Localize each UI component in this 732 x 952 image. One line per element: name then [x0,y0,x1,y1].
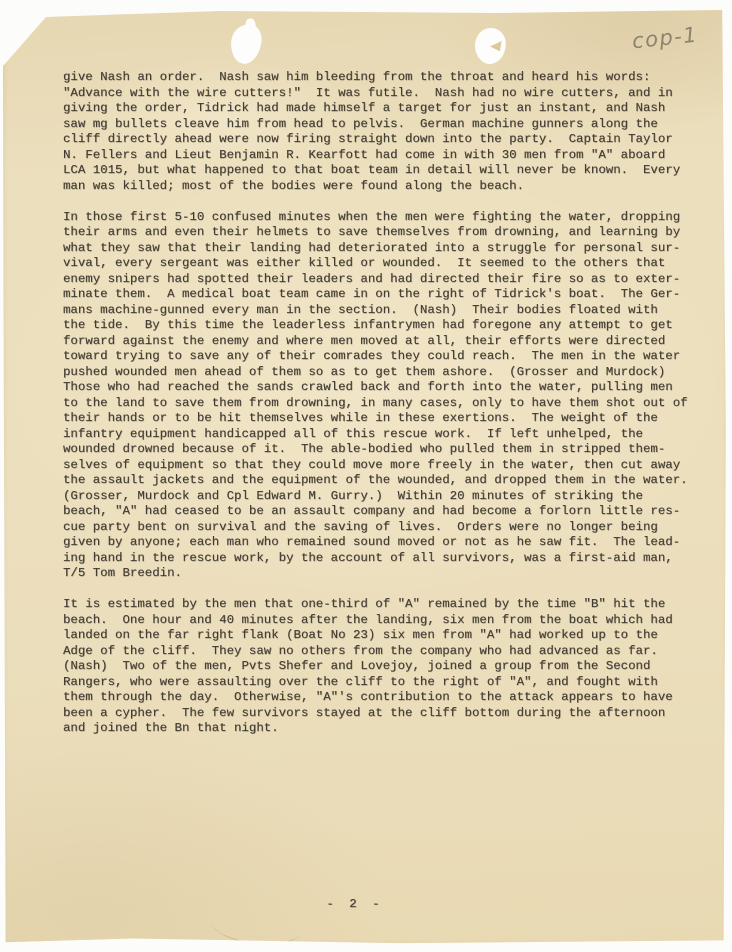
paper-crease [210,904,303,948]
paragraph-3: It is estimated by the men that one-thir… [63,597,703,737]
scan-background: cop-1 give Nash an order. Nash saw him b… [0,0,732,952]
paragraph-1: give Nash an order. Nash saw him bleedin… [63,70,703,194]
page-number: - 2 - [0,897,718,911]
document-page: cop-1 give Nash an order. Nash saw him b… [2,4,728,946]
punch-hole-right [473,27,507,66]
document-body: give Nash an order. Nash saw him bleedin… [63,70,703,752]
paragraph-2: In those first 5-10 confused minutes whe… [63,210,703,582]
punch-hole-left [228,22,263,66]
handwritten-copy-note: cop-1 [631,23,699,54]
